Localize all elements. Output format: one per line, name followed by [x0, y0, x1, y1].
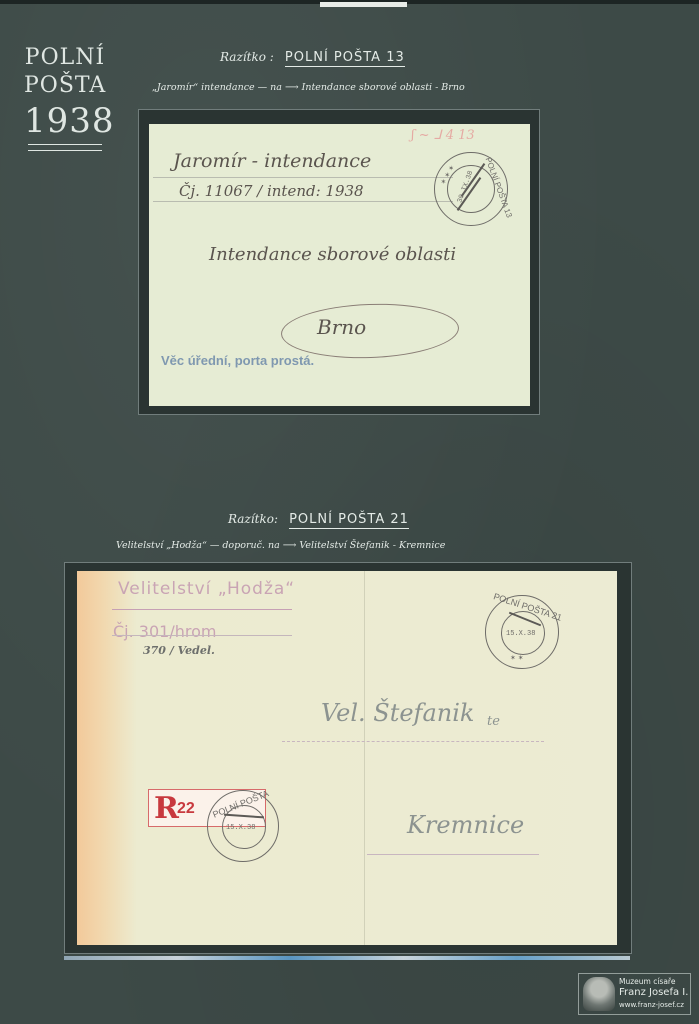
cover1-caption-title: POLNÍ POŠTA 13 [285, 50, 405, 67]
sleeve-bottom-edge [64, 956, 630, 960]
address-underline [367, 854, 539, 855]
cover1-red-marks: ʃ ~ ᒧ 4 13 [411, 128, 475, 143]
portrait-icon [583, 977, 615, 1011]
registration-number: 22 [177, 800, 195, 818]
logo-url[interactable]: www.franz-josef.cz [619, 1001, 684, 1009]
cover2-label-postmark: POLNÍ POŠTA 15.X.38 [207, 790, 279, 862]
cover2-route: Velitelství „Hodža“ — doporuč. na ⟶ Veli… [116, 540, 445, 551]
cover2-address-suffix: te [487, 714, 500, 729]
logo-line1: Muzeum císaře [619, 977, 675, 986]
cover1-caption: Razítko : POLNÍ POŠTA 13 [220, 46, 405, 65]
album-title-line2: POŠTA [24, 72, 106, 100]
logo-line2: Franz Josefa I. [619, 987, 688, 998]
postmark-date: 15.X.38 [226, 824, 255, 832]
cover1-sender-line1: Jaromír - intendance [173, 150, 371, 172]
cover1-printed-note: Věc úřední, porta prostá. [161, 353, 314, 368]
cover2-reference: Čj. 301/hrom [113, 622, 216, 641]
title-double-rule [28, 144, 102, 151]
cover2-envelope[interactable]: Velitelství „Hodža“ Čj. 301/hrom 370 / V… [77, 571, 617, 945]
envelope-fold [364, 571, 365, 945]
album-title-year: 1938 [24, 100, 106, 142]
stamp-rule [112, 609, 292, 610]
cover1-city: Brno [317, 315, 366, 339]
cover2-postmark: POLNÍ POŠTA 21 15.X.38 ✶ ✶ [485, 595, 559, 669]
page-tab [320, 2, 407, 7]
postmark-stars: ✶ ✶ [510, 654, 524, 662]
cover1-caption-label: Razítko : [220, 50, 274, 64]
cover1-envelope[interactable]: ʃ ~ ᒧ 4 13 Jaromír - intendance Čj. 1106… [149, 124, 530, 406]
museum-logo[interactable]: Muzeum císaře Franz Josefa I. www.franz-… [578, 973, 691, 1015]
album-title: POLNÍ POŠTA 1938 [24, 44, 106, 151]
ruled-line [153, 177, 453, 178]
ruled-line [112, 635, 292, 636]
ruled-line [153, 201, 453, 202]
address-dashed-rule [282, 741, 544, 742]
cover1-sender-line2: Čj. 11067 / intend: 1938 [179, 182, 364, 200]
postmark-date: 15.X.38 [506, 630, 535, 638]
cover2-sender-stamp: Velitelství „Hodža“ [118, 579, 295, 599]
cover2-caption: Razítko: POLNÍ POŠTA 21 [228, 508, 409, 527]
cover1-postmark: POLNÍ POŠTA 13 30.IX.38 ✶ ✶ ✶ [434, 152, 508, 226]
cover2-caption-label: Razítko: [228, 512, 278, 526]
cover1-route: „Jaromír“ intendance — na ⟶ Intendance s… [152, 82, 465, 93]
cover2-address-line2: Kremnice [407, 811, 524, 839]
registration-letter: R [154, 791, 179, 826]
cover2-address-line1: Vel. Štefanik [321, 699, 474, 727]
cover2-caption-title: POLNÍ POŠTA 21 [289, 512, 409, 529]
cover1-addressee: Intendance sborové oblasti [209, 244, 456, 265]
album-title-line1: POLNÍ [24, 44, 106, 72]
cover2-pencil-note: 370 / Vedel. [143, 644, 215, 657]
